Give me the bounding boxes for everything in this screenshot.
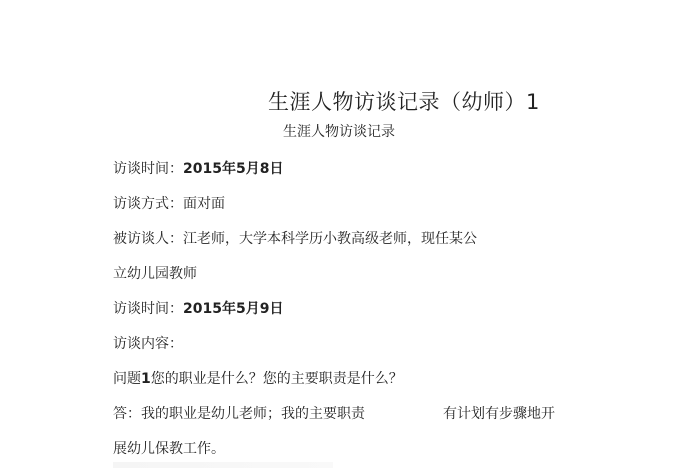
interview-content: 访谈内容： [113,333,183,353]
cut-off-text-line [113,462,333,468]
answer-part-1: 答：我的职业是幼儿老师；我的主要职责 [113,406,365,422]
document-title: 生涯人物访谈记录（幼师）1 [268,86,540,116]
field-label: 被访谈人： [113,231,183,247]
document-subtitle: 生涯人物访谈记录 [283,121,395,141]
question-1: 问题1您的职业是什么？您的主要职责是什么？ [113,368,403,388]
interview-time-2: 访谈时间：2015年5月9日 [113,298,283,318]
field-label: 访谈内容： [113,336,183,352]
answer-1-continued: 展幼儿保教工作。 [113,438,225,458]
question-prefix: 问题 [113,371,141,387]
field-value: 面对面 [183,196,225,212]
field-value: 立幼儿园教师 [113,266,197,282]
field-value: 2015年5月9日 [183,301,283,317]
answer-part-2: 有计划有步骤地开 [443,406,555,422]
answer-1: 答：我的职业是幼儿老师；我的主要职责有计划有步骤地开 [113,403,555,423]
interviewee-continued: 立幼儿园教师 [113,263,197,283]
interviewee: 被访谈人：江老师，大学本科学历小教高级老师，现任某公 [113,228,477,248]
interview-method: 访谈方式：面对面 [113,193,225,213]
answer-part-3: 展幼儿保教工作。 [113,441,225,457]
field-label: 访谈方式： [113,196,183,212]
field-label: 访谈时间： [113,301,183,317]
question-text: 您的职业是什么？您的主要职责是什么？ [151,371,403,387]
document-page: 生涯人物访谈记录（幼师）1 生涯人物访谈记录 访谈时间：2015年5月8日 访谈… [0,0,700,470]
field-value: 江老师，大学本科学历小教高级老师，现任某公 [183,231,477,247]
field-value: 2015年5月8日 [183,161,283,177]
interview-time-1: 访谈时间：2015年5月8日 [113,158,283,178]
field-label: 访谈时间： [113,161,183,177]
question-number: 1 [141,371,151,387]
